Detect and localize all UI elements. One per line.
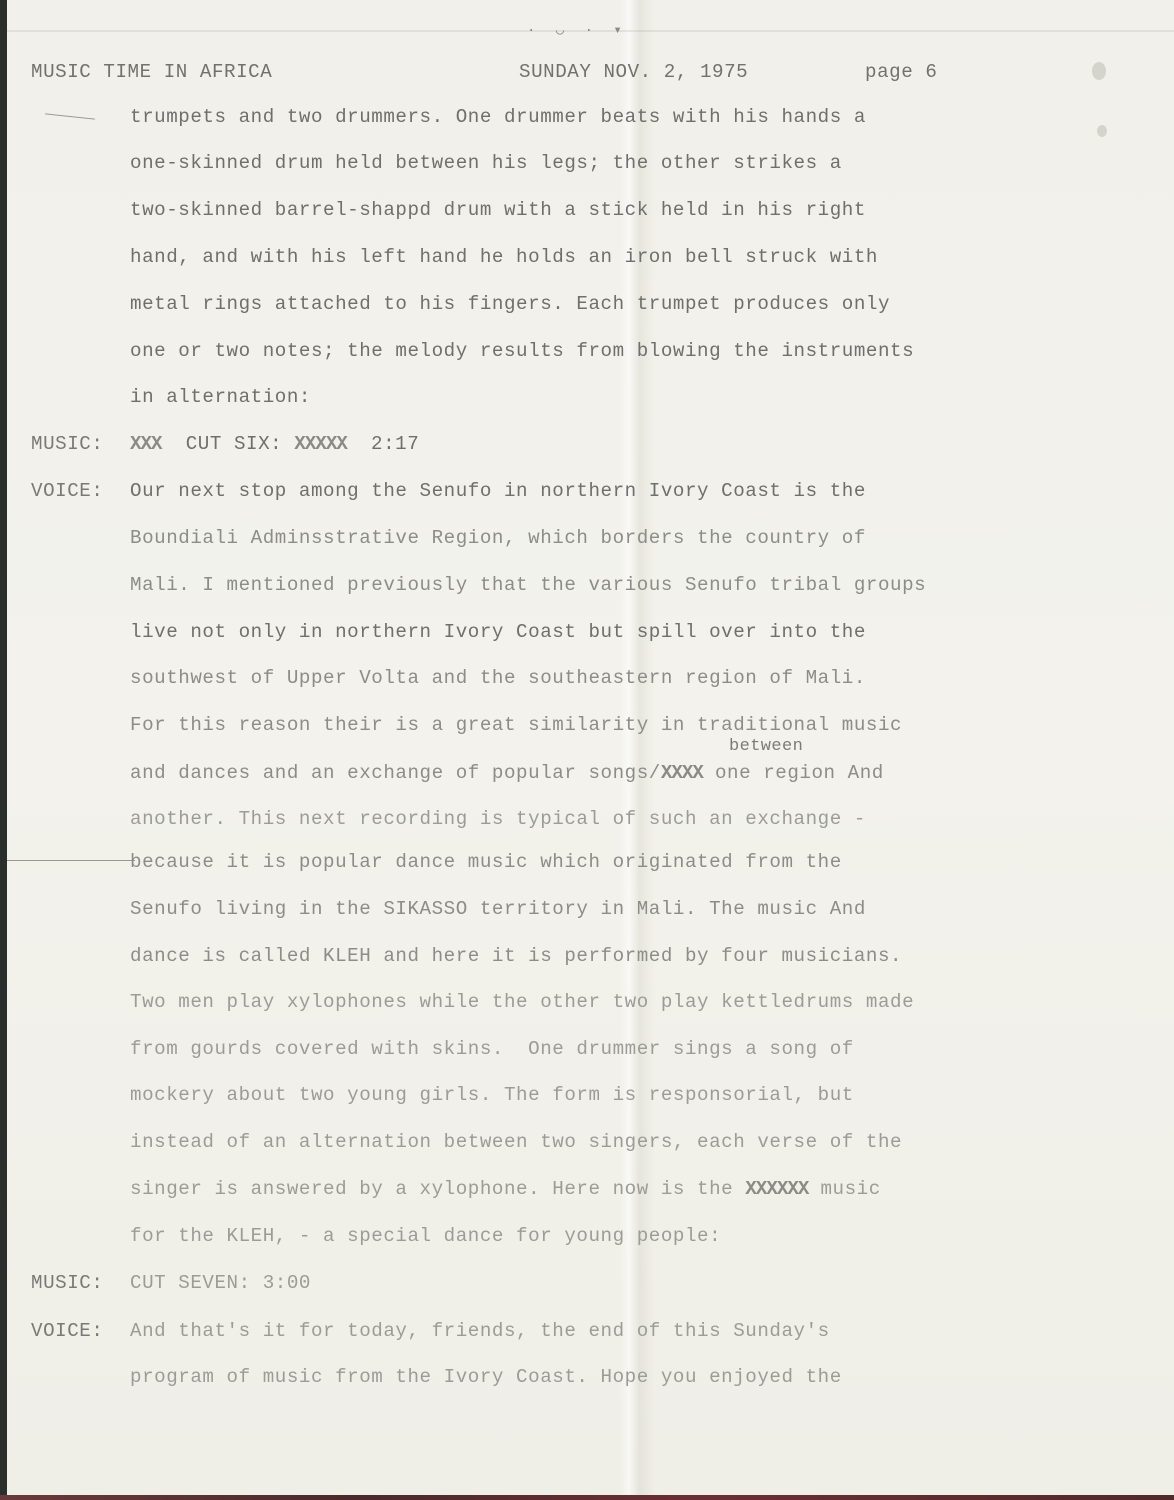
- body-line: metal rings attached to his fingers. Eac…: [130, 293, 890, 315]
- body-line: Two men play xylophones while the other …: [130, 991, 914, 1013]
- struck-text: XXX: [130, 433, 162, 455]
- cue-label-music: MUSIC:: [31, 1272, 103, 1294]
- margin-mark: [45, 113, 95, 119]
- cue-label-voice: VOICE:: [31, 1320, 103, 1342]
- line-text: music: [808, 1178, 880, 1200]
- body-line: Senufo living in the SIKASSO territory i…: [130, 898, 866, 920]
- cue-label-voice: VOICE:: [31, 480, 103, 502]
- struck-text: XXXXXX: [745, 1178, 808, 1200]
- typed-page: · ◡ · ▾ MUSIC TIME IN AFRICA SUNDAY NOV.…: [7, 0, 1174, 1496]
- paper-spot: [1092, 62, 1106, 80]
- body-line: Boundiali Adminsstrative Region, which b…: [130, 527, 866, 549]
- body-line: another. This next recording is typical …: [130, 808, 866, 830]
- body-line: two-skinned barrel-shappd drum with a st…: [130, 199, 866, 221]
- body-line: hand, and with his left hand he holds an…: [130, 246, 878, 268]
- body-line: from gourds covered with skins. One drum…: [130, 1038, 854, 1060]
- line-text: and dances and an exchange of popular so…: [130, 762, 661, 784]
- body-line: trumpets and two drummers. One drummer b…: [130, 106, 866, 128]
- body-line: live not only in northern Ivory Coast bu…: [130, 621, 866, 643]
- music-cue-line: CUT SEVEN: 3:00: [130, 1272, 311, 1294]
- body-line: instead of an alternation between two si…: [130, 1131, 902, 1153]
- cue-label-music: MUSIC:: [31, 433, 103, 455]
- line-text: one region And: [703, 762, 884, 784]
- body-line: for the KLEH, - a special dance for youn…: [130, 1225, 721, 1247]
- margin-mark: [7, 860, 135, 861]
- body-line: one-skinned drum held between his legs; …: [130, 152, 842, 174]
- program-title: MUSIC TIME IN AFRICA: [31, 61, 272, 83]
- body-line: southwest of Upper Volta and the southea…: [130, 667, 866, 689]
- body-line: program of music from the Ivory Coast. H…: [130, 1366, 842, 1388]
- body-line: mockery about two young girls. The form …: [130, 1084, 854, 1106]
- body-line: And that's it for today, friends, the en…: [130, 1320, 830, 1342]
- body-line-with-strike: and dances and an exchange of popular so…: [130, 762, 884, 784]
- body-line: Mali. I mentioned previously that the va…: [130, 574, 926, 596]
- body-line: in alternation:: [130, 386, 311, 408]
- body-line: For this reason their is a great similar…: [130, 714, 902, 736]
- body-line: Our next stop among the Senufo in northe…: [130, 480, 866, 502]
- broadcast-date: SUNDAY NOV. 2, 1975: [519, 61, 748, 83]
- body-line: because it is popular dance music which …: [130, 851, 842, 873]
- cut-label: CUT SIX:: [186, 433, 283, 455]
- body-line-with-strike: singer is answered by a xylophone. Here …: [130, 1178, 881, 1200]
- cut-duration: 2:17: [371, 433, 419, 455]
- struck-text: XXXX: [661, 762, 703, 784]
- smudge-marks: · ◡ · ▾: [527, 22, 677, 38]
- line-text: singer is answered by a xylophone. Here …: [130, 1178, 745, 1200]
- handwritten-insertion: between: [729, 738, 803, 756]
- music-cue-line: XXX CUT SIX: XXXXX 2:17: [130, 433, 419, 455]
- struck-text: XXXXX: [294, 433, 347, 455]
- body-line: dance is called KLEH and here it is perf…: [130, 945, 902, 967]
- scan-bottom-edge: [0, 1495, 1174, 1500]
- page-number: page 6: [865, 61, 937, 83]
- paper-spot: [1097, 125, 1107, 137]
- body-line: one or two notes; the melody results fro…: [130, 340, 914, 362]
